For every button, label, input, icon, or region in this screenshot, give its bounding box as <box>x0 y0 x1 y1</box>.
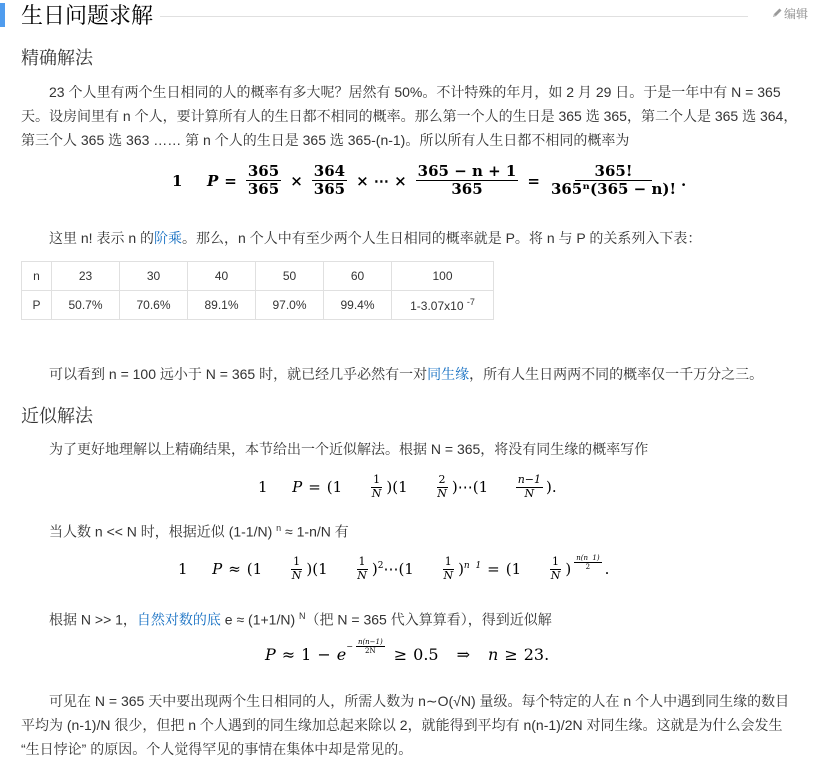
paragraph-factorial: 这里 n! 表示 n 的阶乘。那么，n 个人中有至少两个人生日相同的概率就是 P… <box>21 226 801 250</box>
edit-label: 编辑 <box>784 7 808 21</box>
heading-exact-solution: 精确解法 <box>21 46 93 70</box>
probability-table: n 23 30 40 50 60 100 P 50.7% 70.6% 89.1%… <box>21 261 494 320</box>
paragraph-conclusion-exact: 可以看到 n = 100 远小于 N = 365 时，就已经几乎必然有一对同生缘… <box>21 362 801 386</box>
title-divider <box>160 16 748 17</box>
table-row-n: n 23 30 40 50 60 100 <box>22 262 494 291</box>
link-natural-log-base[interactable]: 自然对数的底 <box>137 612 221 628</box>
heading-approx-solution: 近似解法 <box>21 404 93 428</box>
paragraph-exact-intro: 23 个人里有两个生日相同的人的概率有多大呢？居然有 50%。不计特殊的年月，如… <box>21 80 801 152</box>
paragraph-approx-condition: 当人数 n << N 时，根据近似 (1-1/N) n ≈ 1-n/N 有 <box>21 516 801 544</box>
formula-approx-product: 1−P=(1− 1N)(1− 2N)⋯(1− n−1N). <box>258 474 557 500</box>
title-accent-bar <box>0 3 5 27</box>
link-same-birthday[interactable]: 同生缘 <box>427 366 469 382</box>
section-header: 生日问题求解 编辑 <box>0 0 820 34</box>
paragraph-approx-intro: 为了更好地理解以上精确结果，本节给出一个近似解法。根据 N = 365，将没有同… <box>21 437 801 461</box>
formula-approx-exponent: 1−P≈(1− 1N)(1− 1N)2⋯(1− 1N)n 1=(1− 1N)n(… <box>178 556 609 582</box>
paragraph-final-conclusion: 可见在 N = 365 天中要出现两个生日相同的人，所需人数为 n∼O(√N) … <box>21 689 801 761</box>
pencil-icon <box>771 7 783 19</box>
table-row-p: P 50.7% 70.6% 89.1% 97.0% 99.4% 1-3.07x1… <box>22 291 494 320</box>
page-title: 生日问题求解 <box>21 2 153 30</box>
paragraph-natural-log: 根据 N >> 1，自然对数的底 e ≈ (1+1/N) N（把 N = 365… <box>21 604 801 632</box>
edit-button[interactable]: 编辑 <box>771 6 808 22</box>
formula-approx-result: P≈1−e−n(n−1)2N≥0.5⇒n≥23. <box>265 645 549 664</box>
link-factorial[interactable]: 阶乘 <box>154 230 182 246</box>
formula-exact: 1−P= 365365 × 364365 × ⋯ × 365 − n + 136… <box>172 163 686 199</box>
